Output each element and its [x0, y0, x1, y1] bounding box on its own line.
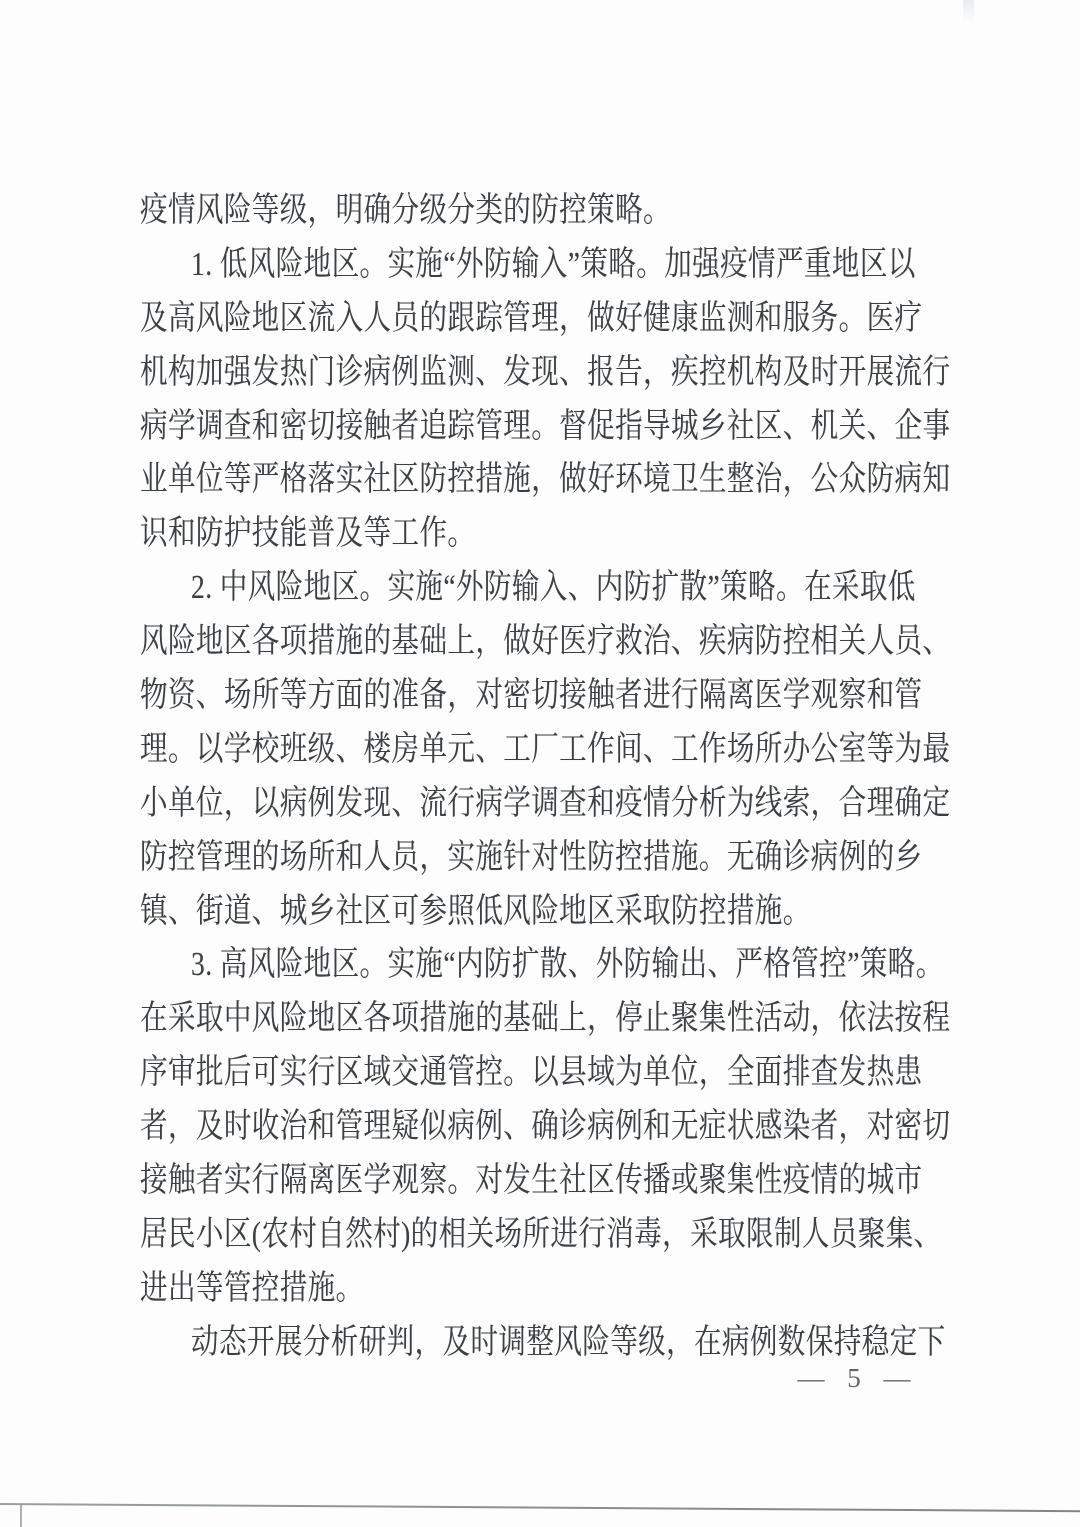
document-line: 3. 高风险地区。实施“内防扩散、外防输出、严格管控”策略。 — [140, 938, 922, 992]
document-line: 者，及时收治和管理疑似病例、确诊病例和无症状感染者，对密切 — [140, 1100, 922, 1154]
document-line: 防控管理的场所和人员，实施针对性防控措施。无确诊病例的乡 — [140, 831, 922, 885]
page-bottom-edge-line — [0, 1503, 1080, 1513]
document-line: 镇、街道、城乡社区可参照低风险地区采取防控措施。 — [140, 885, 922, 939]
document-line: 风险地区各项措施的基础上，做好医疗救治、疾病防控相关人员、 — [140, 615, 922, 669]
page-number: — 5 — — [797, 1363, 912, 1393]
document-line: 识和防护技能普及等工作。 — [140, 507, 922, 561]
document-line: 理。以学校班级、楼房单元、工厂工作间、工作场所办公室等为最 — [140, 723, 922, 777]
document-line: 在采取中风险地区各项措施的基础上，停止聚集性活动，依法按程 — [140, 992, 922, 1046]
document-line: 机构加强发热门诊病例监测、发现、报告，疾控机构及时开展流行 — [140, 346, 922, 400]
document-line: 序审批后可实行区域交通管控。以县域为单位，全面排查发热患 — [140, 1046, 922, 1100]
document-line: 2. 中风险地区。实施“外防输入、内防扩散”策略。在采取低 — [140, 561, 922, 615]
document-line: 疫情风险等级，明确分级分类的防控策略。 — [140, 184, 922, 238]
document-line: 接触者实行隔离医学观察。对发生社区传播或聚集性疫情的城市 — [140, 1154, 922, 1208]
document-line: 进出等管控措施。 — [140, 1262, 922, 1316]
document-line: 小单位，以病例发现、流行病学调查和疫情分析为线索，合理确定 — [140, 777, 922, 831]
document-line: 病学调查和密切接触者追踪管理。督促指导城乡社区、机关、企事 — [140, 400, 922, 454]
document-line: 1. 低风险地区。实施“外防输入”策略。加强疫情严重地区以 — [140, 238, 922, 292]
document-line: 业单位等严格落实社区防控措施，做好环境卫生整治，公众防病知 — [140, 453, 922, 507]
document-line: 动态开展分析研判，及时调整风险等级，在病例数保持稳定下 — [140, 1316, 922, 1370]
document-line: 物资、场所等方面的准备，对密切接触者进行隔离医学观察和管 — [140, 669, 922, 723]
page-bottom-edge-tick — [20, 1505, 22, 1527]
document-line: 及高风险地区流入人员的跟踪管理，做好健康监测和服务。医疗 — [140, 292, 922, 346]
scanned-document-page: 疫情风险等级，明确分级分类的防控策略。1. 低风险地区。实施“外防输入”策略。加… — [0, 0, 1080, 1527]
document-line: 居民小区(农村自然村)的相关场所进行消毒，采取限制人员聚集、 — [140, 1208, 922, 1262]
document-body: 疫情风险等级，明确分级分类的防控策略。1. 低风险地区。实施“外防输入”策略。加… — [140, 184, 1080, 1370]
scan-smudge-artifact — [963, 0, 974, 25]
